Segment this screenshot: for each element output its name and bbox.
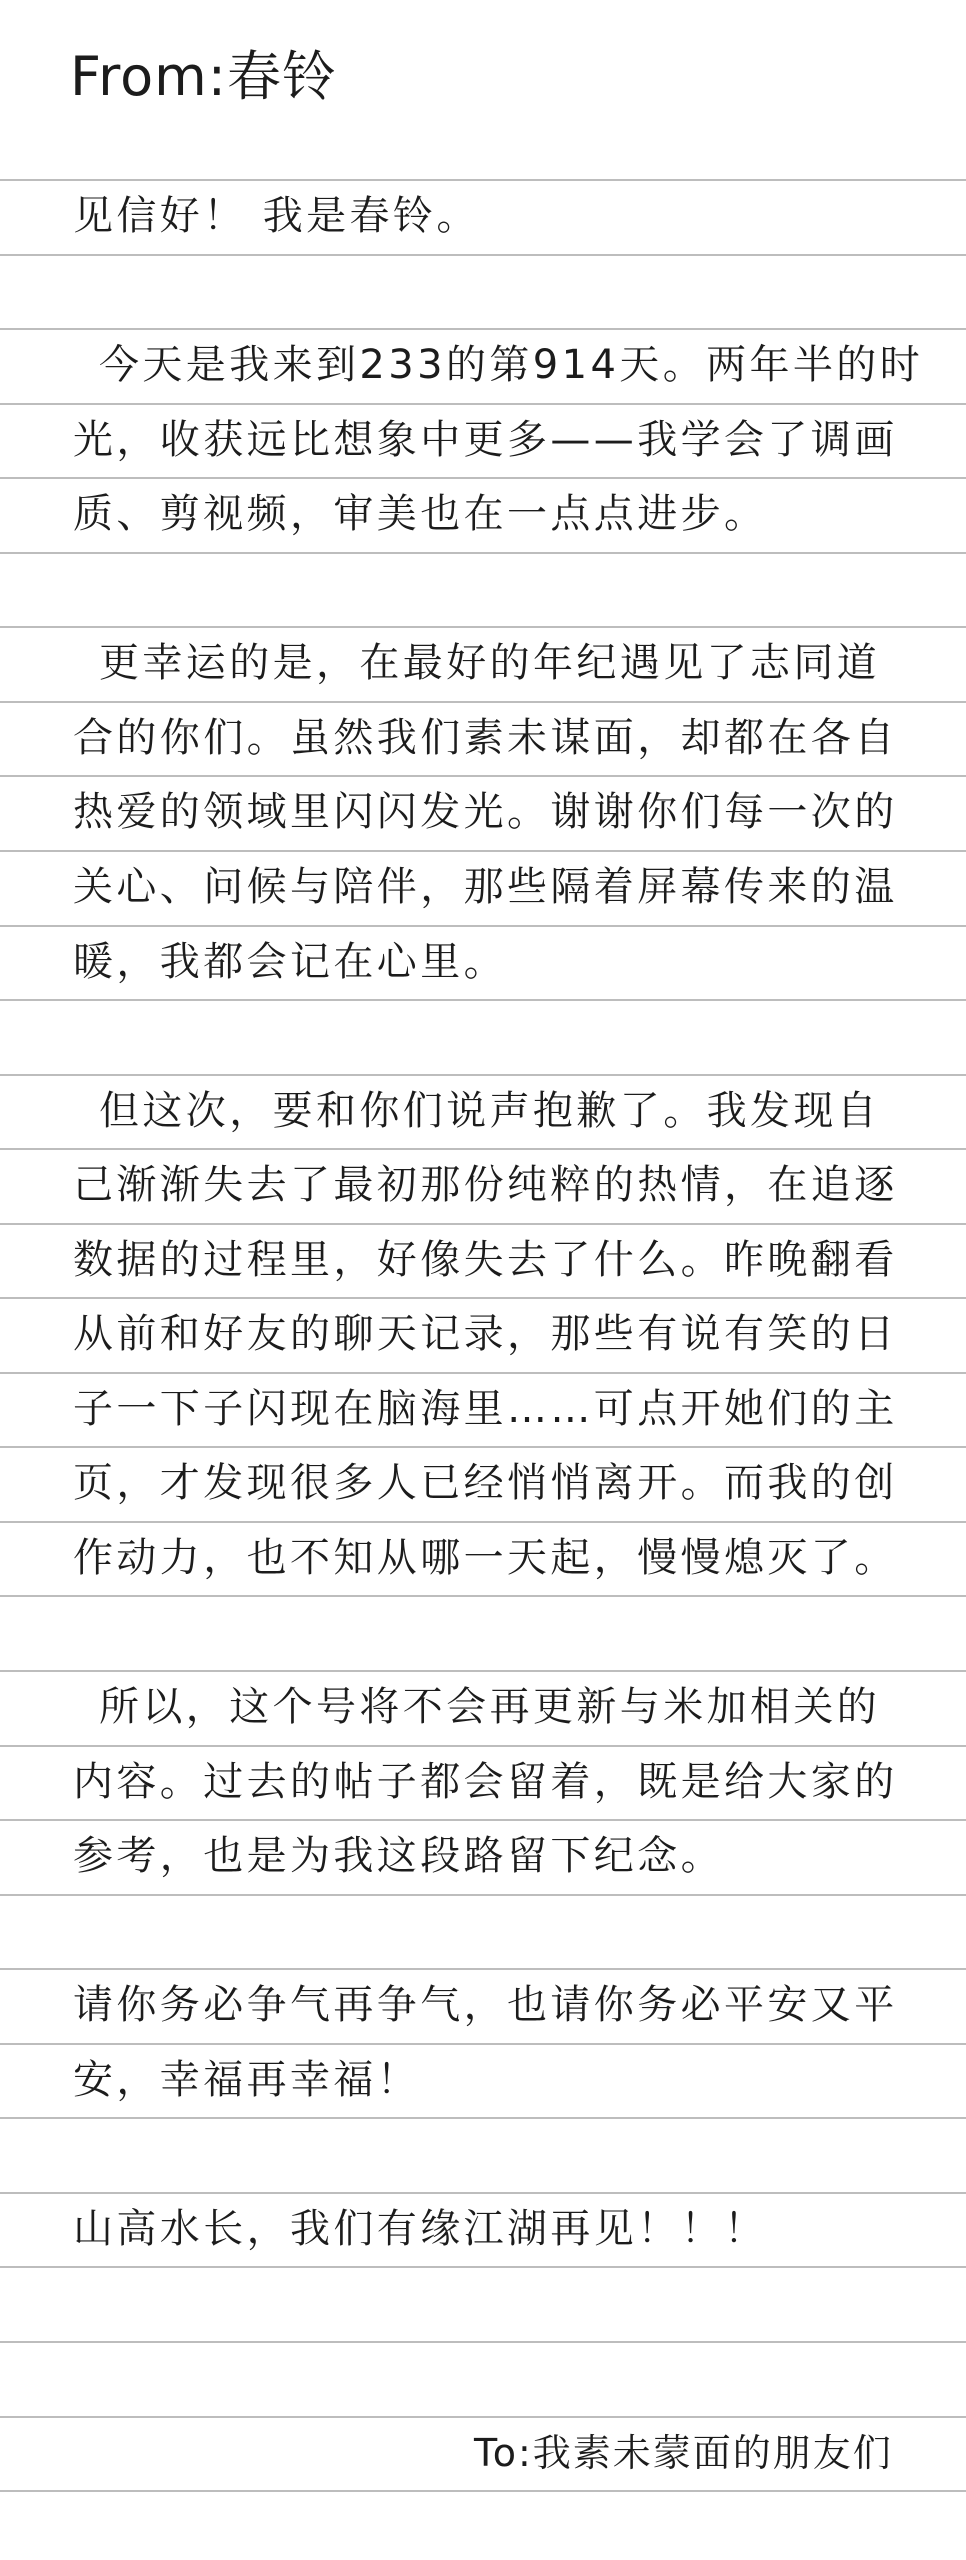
ruled-line [0, 2490, 966, 2492]
letter-line-text: 但这次，要和你们说声抱歉了。我发现自 [99, 1088, 880, 1134]
letter-line-text: 山高水长，我们有缘江湖再见！！！ [73, 2206, 767, 2252]
letter-line-text: 质、剪视频，审美也在一点点进步。 [73, 491, 767, 537]
letter-line-text: 数据的过程里，好像失去了什么。昨晚翻看 [73, 1237, 898, 1283]
letter-line-text: 安，幸福再幸福！ [73, 2057, 420, 2103]
letter-line-text: 更幸运的是，在最好的年纪遇见了志同道 [99, 640, 880, 686]
letter-line: 作动力，也不知从哪一天起，慢慢熄灭了。 [0, 1521, 966, 1595]
ruled-line [0, 1595, 966, 1597]
letter-line: 合的你们。虽然我们素未谋面，却都在各自 [0, 701, 966, 775]
letter-line-text: 光，收获远比想象中更多——我学会了调画 [73, 417, 898, 463]
letter-line-text: 热爱的领域里闪闪发光。谢谢你们每一次的 [73, 789, 898, 835]
letter-line-text: 页，才发现很多人已经悄悄离开。而我的创 [73, 1460, 898, 1506]
letter-line: 所以，这个号将不会再更新与米加相关的 [0, 1670, 966, 1744]
letter-line: 见信好！ 我是春铃。 [0, 179, 966, 253]
to-signoff: To:我素未蒙面的朋友们 [474, 2430, 893, 2476]
letter-line: 己渐渐失去了最初那份纯粹的热情，在追逐 [0, 1148, 966, 1222]
letter-line-text: 所以，这个号将不会再更新与米加相关的 [99, 1684, 880, 1730]
ruled-line [0, 2266, 966, 2268]
ruled-line [0, 254, 966, 256]
letter-line-text: 见信好！ 我是春铃。 [73, 193, 480, 239]
letter-line: 热爱的领域里闪闪发光。谢谢你们每一次的 [0, 775, 966, 849]
letter-line-text: 今天是我来到233的第914天。两年半的时 [99, 342, 923, 388]
letter-line: 参考，也是为我这段路留下纪念。 [0, 1819, 966, 1893]
letter-line: 山高水长，我们有缘江湖再见！！！ [0, 2192, 966, 2266]
ruled-line [0, 2416, 966, 2418]
letter-line-text: 从前和好友的聊天记录，那些有说有笑的日 [73, 1311, 898, 1357]
letter-line-text: 子一下子闪现在脑海里……可点开她们的主 [73, 1386, 898, 1432]
ruled-line [0, 552, 966, 554]
letter-line: 子一下子闪现在脑海里……可点开她们的主 [0, 1372, 966, 1446]
letter-line: 数据的过程里，好像失去了什么。昨晚翻看 [0, 1223, 966, 1297]
letter-line: 从前和好友的聊天记录，那些有说有笑的日 [0, 1297, 966, 1371]
letter-line: 质、剪视频，审美也在一点点进步。 [0, 477, 966, 551]
letter-line: 光，收获远比想象中更多——我学会了调画 [0, 403, 966, 477]
letter-line-text: 内容。过去的帖子都会留着，既是给大家的 [73, 1759, 898, 1805]
letter-line: 今天是我来到233的第914天。两年半的时 [0, 328, 966, 402]
letter-line: 内容。过去的帖子都会留着，既是给大家的 [0, 1745, 966, 1819]
letter-line: 安，幸福再幸福！ [0, 2043, 966, 2117]
letter-line-text: 请你务必争气再争气，也请你务必平安又平 [73, 1982, 898, 2028]
from-heading: From:春铃 [70, 44, 337, 110]
letter-line-text: 合的你们。虽然我们素未谋面，却都在各自 [73, 715, 898, 761]
letter-line: 页，才发现很多人已经悄悄离开。而我的创 [0, 1446, 966, 1520]
ruled-line [0, 2341, 966, 2343]
letter-line: 暖，我都会记在心里。 [0, 925, 966, 999]
letter-line: 关心、问候与陪伴，那些隔着屏幕传来的温 [0, 850, 966, 924]
letter-line-text: 参考，也是为我这段路留下纪念。 [73, 1833, 724, 1879]
letter-line: 请你务必争气再争气，也请你务必平安又平 [0, 1968, 966, 2042]
letter-line-text: 关心、问候与陪伴，那些隔着屏幕传来的温 [73, 864, 898, 910]
letter-line: 更幸运的是，在最好的年纪遇见了志同道 [0, 626, 966, 700]
ruled-line [0, 2117, 966, 2119]
letter-line-text: 暖，我都会记在心里。 [73, 939, 507, 985]
letter-line: 但这次，要和你们说声抱歉了。我发现自 [0, 1074, 966, 1148]
ruled-line [0, 999, 966, 1001]
ruled-line [0, 1894, 966, 1896]
letter-line-text: 己渐渐失去了最初那份纯粹的热情，在追逐 [73, 1162, 898, 1208]
letter-line-text: 作动力，也不知从哪一天起，慢慢熄灭了。 [73, 1535, 898, 1581]
